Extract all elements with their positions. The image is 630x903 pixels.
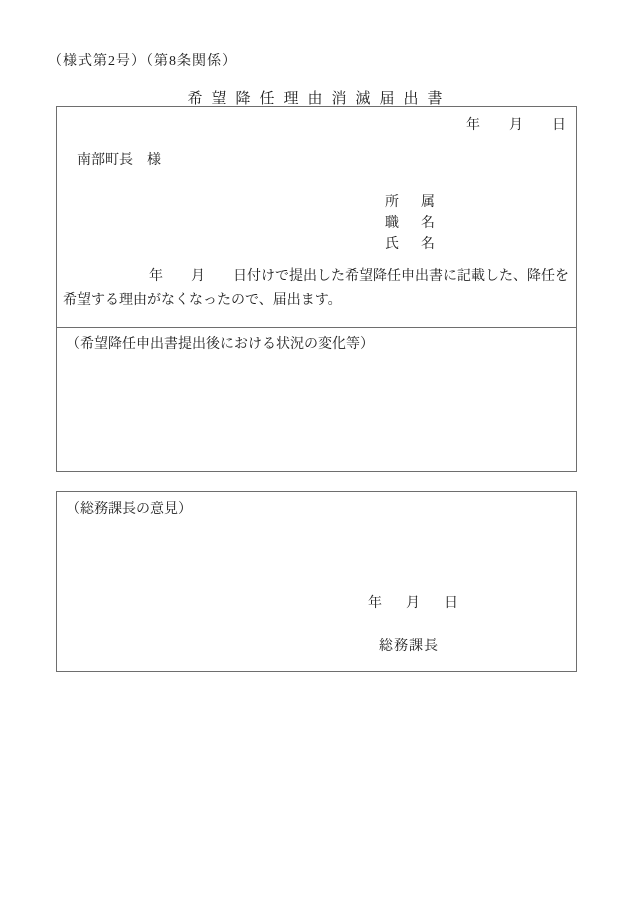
section-divider <box>56 327 577 328</box>
day-label: 日 <box>552 114 566 134</box>
month-label: 月 <box>509 114 523 134</box>
name-field-label: 氏 名 <box>385 234 439 255</box>
year-label: 年 <box>368 592 382 612</box>
notification-statement: 年 月 日付けで提出した希望降任申出書に記載した、降任を希望する理由がなくなった… <box>63 265 570 312</box>
form-number-note: （様式第2号）（第8条関係） <box>48 50 237 70</box>
addressee: 南部町長 様 <box>77 149 161 169</box>
signer-title: 総務課長 <box>379 635 439 655</box>
day-label: 日 <box>444 592 458 612</box>
document-page: （様式第2号）（第8条関係） 希望降任理由消滅届出書 年 月 日 南部町長 様 … <box>0 0 630 903</box>
position-field-label: 職 名 <box>385 213 439 234</box>
submission-date-line: 年 月 日 <box>466 114 566 134</box>
notification-box: 年 月 日 南部町長 様 所 属 職 名 氏 名 年 月 日付けで提出した希望降… <box>56 106 577 472</box>
opinion-box: （総務課長の意見） 年 月 日 総務課長 <box>56 491 577 672</box>
year-label: 年 <box>466 114 480 134</box>
signature-fields: 所 属 職 名 氏 名 <box>385 192 439 255</box>
document-title: 希望降任理由消滅届出書 <box>0 87 630 108</box>
affiliation-field-label: 所 属 <box>385 192 439 213</box>
opinion-section-label: （総務課長の意見） <box>66 498 192 518</box>
situation-section-label: （希望降任申出書提出後における状況の変化等） <box>66 333 374 353</box>
month-label: 月 <box>406 592 420 612</box>
opinion-date-line: 年 月 日 <box>368 592 458 612</box>
